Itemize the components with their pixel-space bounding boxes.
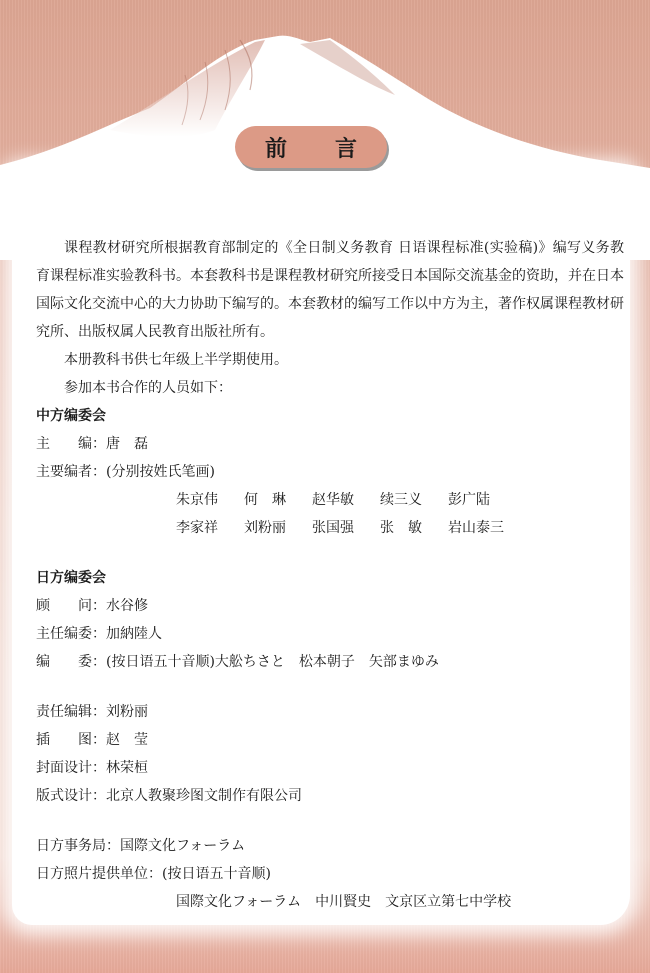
japan-office-label: 日方事务局： <box>36 832 120 860</box>
usage-note: 本册教科书供七年级上半学期使用。 <box>36 346 624 374</box>
main-editors-row: 主要编者： (分别按姓氏笔画) <box>36 458 624 486</box>
editor-name: 朱京伟 <box>176 486 218 514</box>
advisor-row: 顾 问： 水谷修 <box>36 592 624 620</box>
editor-name: 张国强 <box>312 514 354 542</box>
responsible-editor-row: 责任编辑： 刘粉丽 <box>36 698 624 726</box>
editor-name: 何 琳 <box>244 486 286 514</box>
layout-design-label: 版式设计： <box>36 782 106 810</box>
editor-name: 彭广陆 <box>448 486 490 514</box>
chinese-committee-heading: 中方编委会 <box>36 402 624 430</box>
chief-member-row: 主任编委： 加納陸人 <box>36 620 624 648</box>
main-editors-note: (分别按姓氏笔画) <box>106 458 215 486</box>
chief-member-value: 加納陸人 <box>106 620 162 648</box>
illustration-label: 插 图： <box>36 726 106 754</box>
layout-design-value: 北京人教聚珍图文制作有限公司 <box>106 782 302 810</box>
photo-providers-list-row: 国際文化フォーラム 中川賢史 文京区立第七中学校 <box>36 888 624 916</box>
members-label: 编 委： <box>36 648 106 676</box>
cover-design-value: 林荣桓 <box>106 754 148 782</box>
responsible-editor-label: 责任编辑： <box>36 698 106 726</box>
members-value: (按日语五十音顺)大舩ちさと 松本朝子 矢部まゆみ <box>106 648 439 676</box>
chief-editor-row: 主 编： 唐 磊 <box>36 430 624 458</box>
layout-design-row: 版式设计： 北京人教聚珍图文制作有限公司 <box>36 782 624 810</box>
main-editors-label: 主要编者： <box>36 458 106 486</box>
photo-providers-label: 日方照片提供单位： <box>36 860 162 888</box>
preface-content: 课程教材研究所根据教育部制定的《全日制义务教育 日语课程标准(实验稿)》编写义务… <box>36 234 624 916</box>
illustration-row: 插 图： 赵 莹 <box>36 726 624 754</box>
advisor-label: 顾 问： <box>36 592 106 620</box>
intro-paragraph: 课程教材研究所根据教育部制定的《全日制义务教育 日语课程标准(实验稿)》编写义务… <box>36 234 624 346</box>
title-badge: 前 言 <box>235 126 387 168</box>
editor-name: 张 敏 <box>380 514 422 542</box>
main-editors-list-2: 李家祥 刘粉丽 张国强 张 敏 岩山泰三 <box>36 514 624 542</box>
photo-providers-row: 日方照片提供单位： (按日语五十音顺) <box>36 860 624 888</box>
editor-name: 续三义 <box>380 486 422 514</box>
chief-editor-label: 主 编： <box>36 430 106 458</box>
main-editors-list-1: 朱京伟 何 琳 赵华敏 续三义 彭广陆 <box>36 486 624 514</box>
editor-name: 赵华敏 <box>312 486 354 514</box>
advisor-value: 水谷修 <box>106 592 148 620</box>
title-char-1: 前 <box>265 132 287 163</box>
photo-providers-note: (按日语五十音顺) <box>162 860 271 888</box>
editor-name: 岩山泰三 <box>448 514 504 542</box>
title-char-2: 言 <box>335 132 357 163</box>
cover-design-label: 封面设计： <box>36 754 106 782</box>
editor-name: 刘粉丽 <box>244 514 286 542</box>
editor-name: 李家祥 <box>176 514 218 542</box>
chief-editor-value: 唐 磊 <box>106 430 148 458</box>
members-row: 编 委： (按日语五十音顺)大舩ちさと 松本朝子 矢部まゆみ <box>36 648 624 676</box>
contributors-intro: 参加本书合作的人员如下： <box>36 374 624 402</box>
japanese-committee-heading: 日方编委会 <box>36 564 624 592</box>
responsible-editor-value: 刘粉丽 <box>106 698 148 726</box>
cover-design-row: 封面设计： 林荣桓 <box>36 754 624 782</box>
japan-office-value: 国際文化フォーラム <box>120 832 245 860</box>
chief-member-label: 主任编委： <box>36 620 106 648</box>
japan-office-row: 日方事务局： 国際文化フォーラム <box>36 832 624 860</box>
photo-providers-list: 国際文化フォーラム 中川賢史 文京区立第七中学校 <box>176 888 511 916</box>
illustration-value: 赵 莹 <box>106 726 148 754</box>
